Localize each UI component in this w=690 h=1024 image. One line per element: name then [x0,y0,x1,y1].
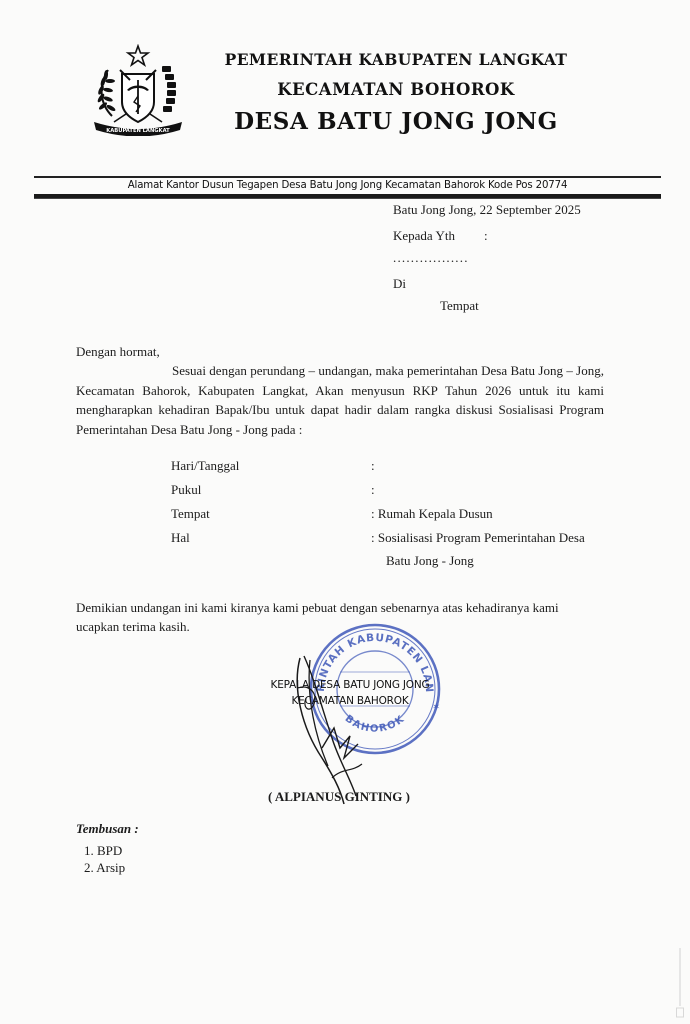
paragraph-line: Sesuai dengan perundang – undangan, maka… [76,361,604,381]
kabupaten-langkat-emblem-icon: KABUPATEN LANGKAT [90,44,186,136]
cc-item: 1. BPD [84,843,122,859]
destination-label: Di [393,276,406,292]
closing-line: Demikian undangan ini kami kiranya kami … [76,600,559,616]
signatory-name: ( ALPIANUS GINTING ) [268,789,410,805]
cc-item: 2. Arsip [84,860,125,876]
detail-label-subject: Hal [171,530,190,546]
cc-heading: Tembusan : [76,821,139,837]
office-address: Alamat Kantor Dusun Tegapen Desa Batu Jo… [34,179,661,193]
recipient-blank: ................. [393,250,469,266]
detail-value-subject-continued: Batu Jong - Jong [386,553,474,569]
paragraph-line: Kecamatan Bahorok, Kabupaten Langkat, Ak… [76,381,604,401]
letterhead-rule-bottom [34,194,661,199]
detail-value-date: : [371,458,375,474]
invitation-letter: KABUPATEN LANGKAT PEMERINTAH KABUPATEN L… [0,0,690,1024]
handwritten-signature-icon [292,648,382,808]
destination-place: Tempat [440,298,479,314]
district-title: KECAMATAN BOHOROK [196,79,596,101]
regency-title: PEMERINTAH KABUPATEN LANGKAT [196,50,596,70]
place-date: Batu Jong Jong, 22 September 2025 [393,202,581,218]
detail-label-place: Tempat [171,506,210,522]
recipient-label: Kepada Yth [393,228,455,244]
detail-label-time: Pukul [171,482,201,498]
recipient-colon: : [484,228,488,244]
svg-text:KABUPATEN LANGKAT: KABUPATEN LANGKAT [106,128,170,134]
detail-value-subject: : Sosialisasi Program Pemerintahan Desa [371,530,585,546]
paragraph-line: Pemerintahan Desa Batu Jong - Jong pada … [76,420,604,440]
paragraph-line: mengharapkan kehadiran Bapak/Ibu untuk d… [76,400,604,420]
detail-label-date: Hari/Tanggal [171,458,239,474]
salutation: Dengan hormat, [76,344,160,360]
detail-value-place: : Rumah Kepala Dusun [371,506,493,522]
village-title: DESA BATU JONG JONG [196,107,596,137]
paragraph-line-text: Sesuai dengan perundang – undangan, maka… [172,363,604,378]
letterhead-titles: PEMERINTAH KABUPATEN LANGKAT KECAMATAN B… [196,50,596,137]
body-paragraph: Sesuai dengan perundang – undangan, maka… [76,361,604,439]
detail-value-time: : [371,482,375,498]
closing-line: ucapkan terima kasih. [76,619,190,635]
scanner-watermark-icon [676,948,684,1018]
letterhead-rule-top [34,176,661,178]
